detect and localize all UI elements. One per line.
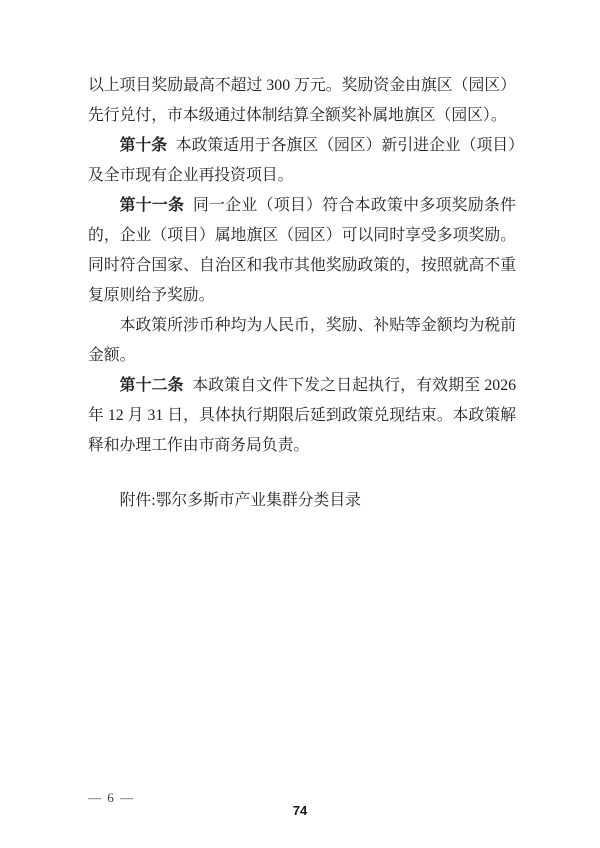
document-text-block: 以上项目奖励最高不超过 300 万元。奖励资金由旗区（园区）先行兑付，市本级通过… xyxy=(88,71,516,516)
viewer-page-number: 74 xyxy=(0,803,600,818)
paragraph-continuation: 以上项目奖励最高不超过 300 万元。奖励资金由旗区（园区）先行兑付，市本级通过… xyxy=(88,71,516,131)
paragraph-text: 本政策所涉币种均为人民币，奖励、补贴等金额均为税前金额。 xyxy=(88,317,516,364)
paragraph-clause-11: 第十一条同一企业（项目）符合本政策中多项奖励条件的，企业（项目）属地旗区（园区）… xyxy=(88,191,516,311)
attachment-line: 附件:鄂尔多斯市产业集群分类目录 xyxy=(88,486,516,516)
clause-12-heading: 第十二条 xyxy=(120,377,184,394)
clause-10-heading: 第十条 xyxy=(120,137,167,154)
paragraph-clause-12: 第十二条本政策自文件下发之日起执行，有效期至 2026 年 12 月 31 日，… xyxy=(88,371,516,461)
paragraph-text: 以上项目奖励最高不超过 300 万元。奖励资金由旗区（园区）先行兑付，市本级通过… xyxy=(88,77,516,124)
paragraph-currency-note: 本政策所涉币种均为人民币，奖励、补贴等金额均为税前金额。 xyxy=(88,311,516,371)
document-page: 以上项目奖励最高不超过 300 万元。奖励资金由旗区（园区）先行兑付，市本级通过… xyxy=(0,0,600,848)
paragraph-clause-10: 第十条本政策适用于各旗区（园区）新引进企业（项目）及全市现有企业再投资项目。 xyxy=(88,131,516,191)
clause-11-heading: 第十一条 xyxy=(120,197,185,214)
